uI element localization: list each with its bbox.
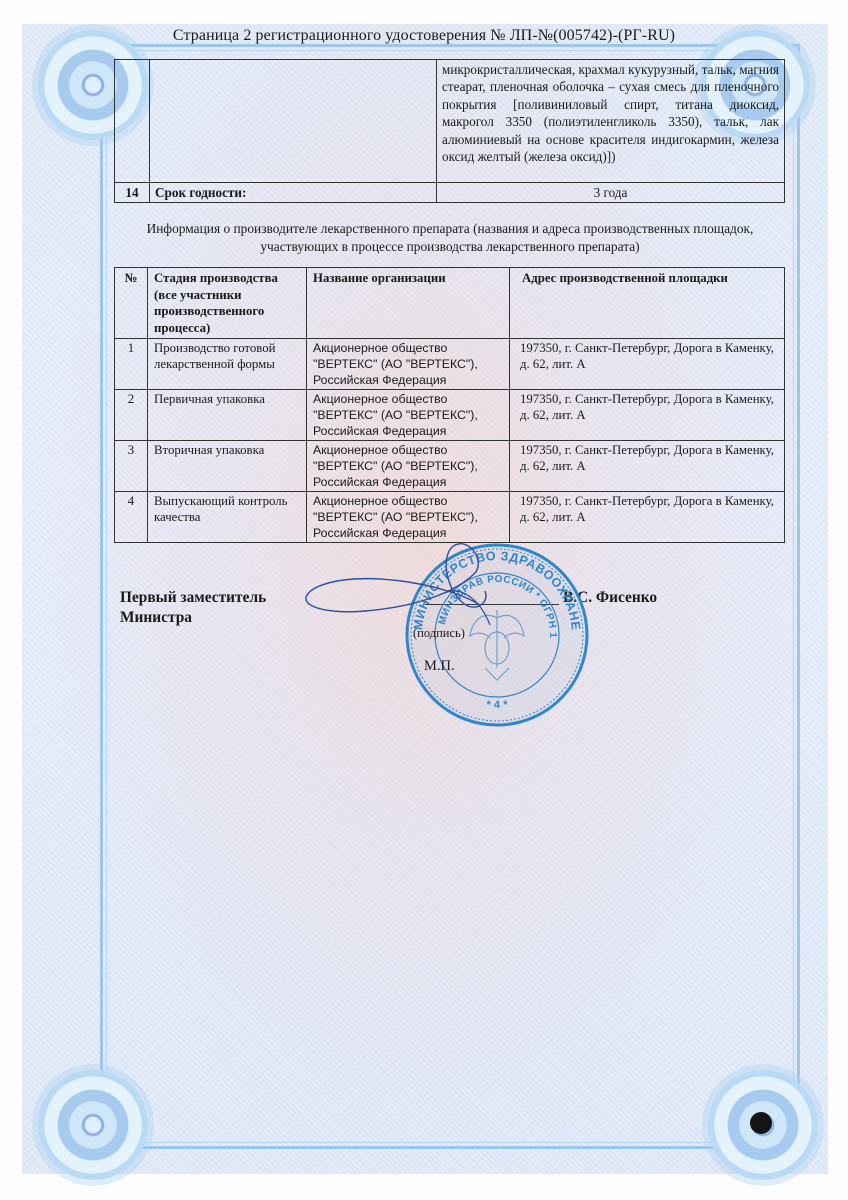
table-row: 2 Первичная упаковка Акционерное обществ…: [115, 390, 785, 441]
table-header-row: № Стадия производства (все участники про…: [115, 268, 785, 339]
signer-position-line1: Первый заместитель: [120, 588, 266, 608]
cell-stage: Первичная упаковка: [148, 390, 307, 441]
handwritten-signature-icon: [295, 533, 495, 643]
row-number: 14: [115, 183, 150, 203]
cell-stage: Выпускающий контроль качества: [148, 492, 307, 543]
signature-caption: (подпись): [413, 626, 465, 641]
composition-table: микрокристаллическая, крахмал кукурузный…: [114, 59, 785, 203]
cell-number: 4: [115, 492, 148, 543]
column-header-address: Адрес производственной площадки: [510, 268, 785, 339]
row-number: [115, 60, 150, 183]
cell-number: 3: [115, 441, 148, 492]
cell-number: 2: [115, 390, 148, 441]
signer-position-line2: Министра: [120, 608, 266, 628]
cell-stage: Вторичная упаковка: [148, 441, 307, 492]
manufacturer-info-heading: Информация о производителе лекарственног…: [110, 220, 790, 256]
column-header-organization: Название организации: [307, 268, 510, 339]
binding-hole-icon: [750, 1112, 772, 1134]
cell-address: 197350, г. Санкт-Петербург, Дорога в Кам…: [510, 390, 785, 441]
corner-rosette-icon: [38, 1070, 148, 1180]
svg-text:* 4 *: * 4 *: [487, 699, 509, 711]
table-row: микрокристаллическая, крахмал кукурузный…: [115, 60, 785, 183]
row-label: Срок годности:: [150, 183, 437, 203]
row-label: [150, 60, 437, 183]
cell-stage: Производство готовой лекарственной формы: [148, 339, 307, 390]
page-title: Страница 2 регистрационного удостоверени…: [0, 27, 848, 45]
cell-organization: Акционерное общество "ВЕРТЕКС" (АО "ВЕРТ…: [307, 339, 510, 390]
column-header-number: №: [115, 268, 148, 339]
table-row: 3 Вторичная упаковка Акционерное обществ…: [115, 441, 785, 492]
table-row: 1 Производство готовой лекарственной фор…: [115, 339, 785, 390]
manufacturer-table: № Стадия производства (все участники про…: [114, 267, 785, 543]
cell-organization: Акционерное общество "ВЕРТЕКС" (АО "ВЕРТ…: [307, 441, 510, 492]
composition-value: микрокристаллическая, крахмал кукурузный…: [437, 60, 785, 183]
shelf-life-value: 3 года: [437, 183, 785, 203]
signer-position: Первый заместитель Министра: [120, 588, 266, 628]
cell-organization: Акционерное общество "ВЕРТЕКС" (АО "ВЕРТ…: [307, 390, 510, 441]
cell-address: 197350, г. Санкт-Петербург, Дорога в Кам…: [510, 339, 785, 390]
table-row: 14 Срок годности: 3 года: [115, 183, 785, 203]
cell-address: 197350, г. Санкт-Петербург, Дорога в Кам…: [510, 441, 785, 492]
column-header-stage: Стадия производства (все участники произ…: [148, 268, 307, 339]
cell-address: 197350, г. Санкт-Петербург, Дорога в Кам…: [510, 492, 785, 543]
cell-number: 1: [115, 339, 148, 390]
seal-place-mark: М.П.: [424, 658, 455, 675]
